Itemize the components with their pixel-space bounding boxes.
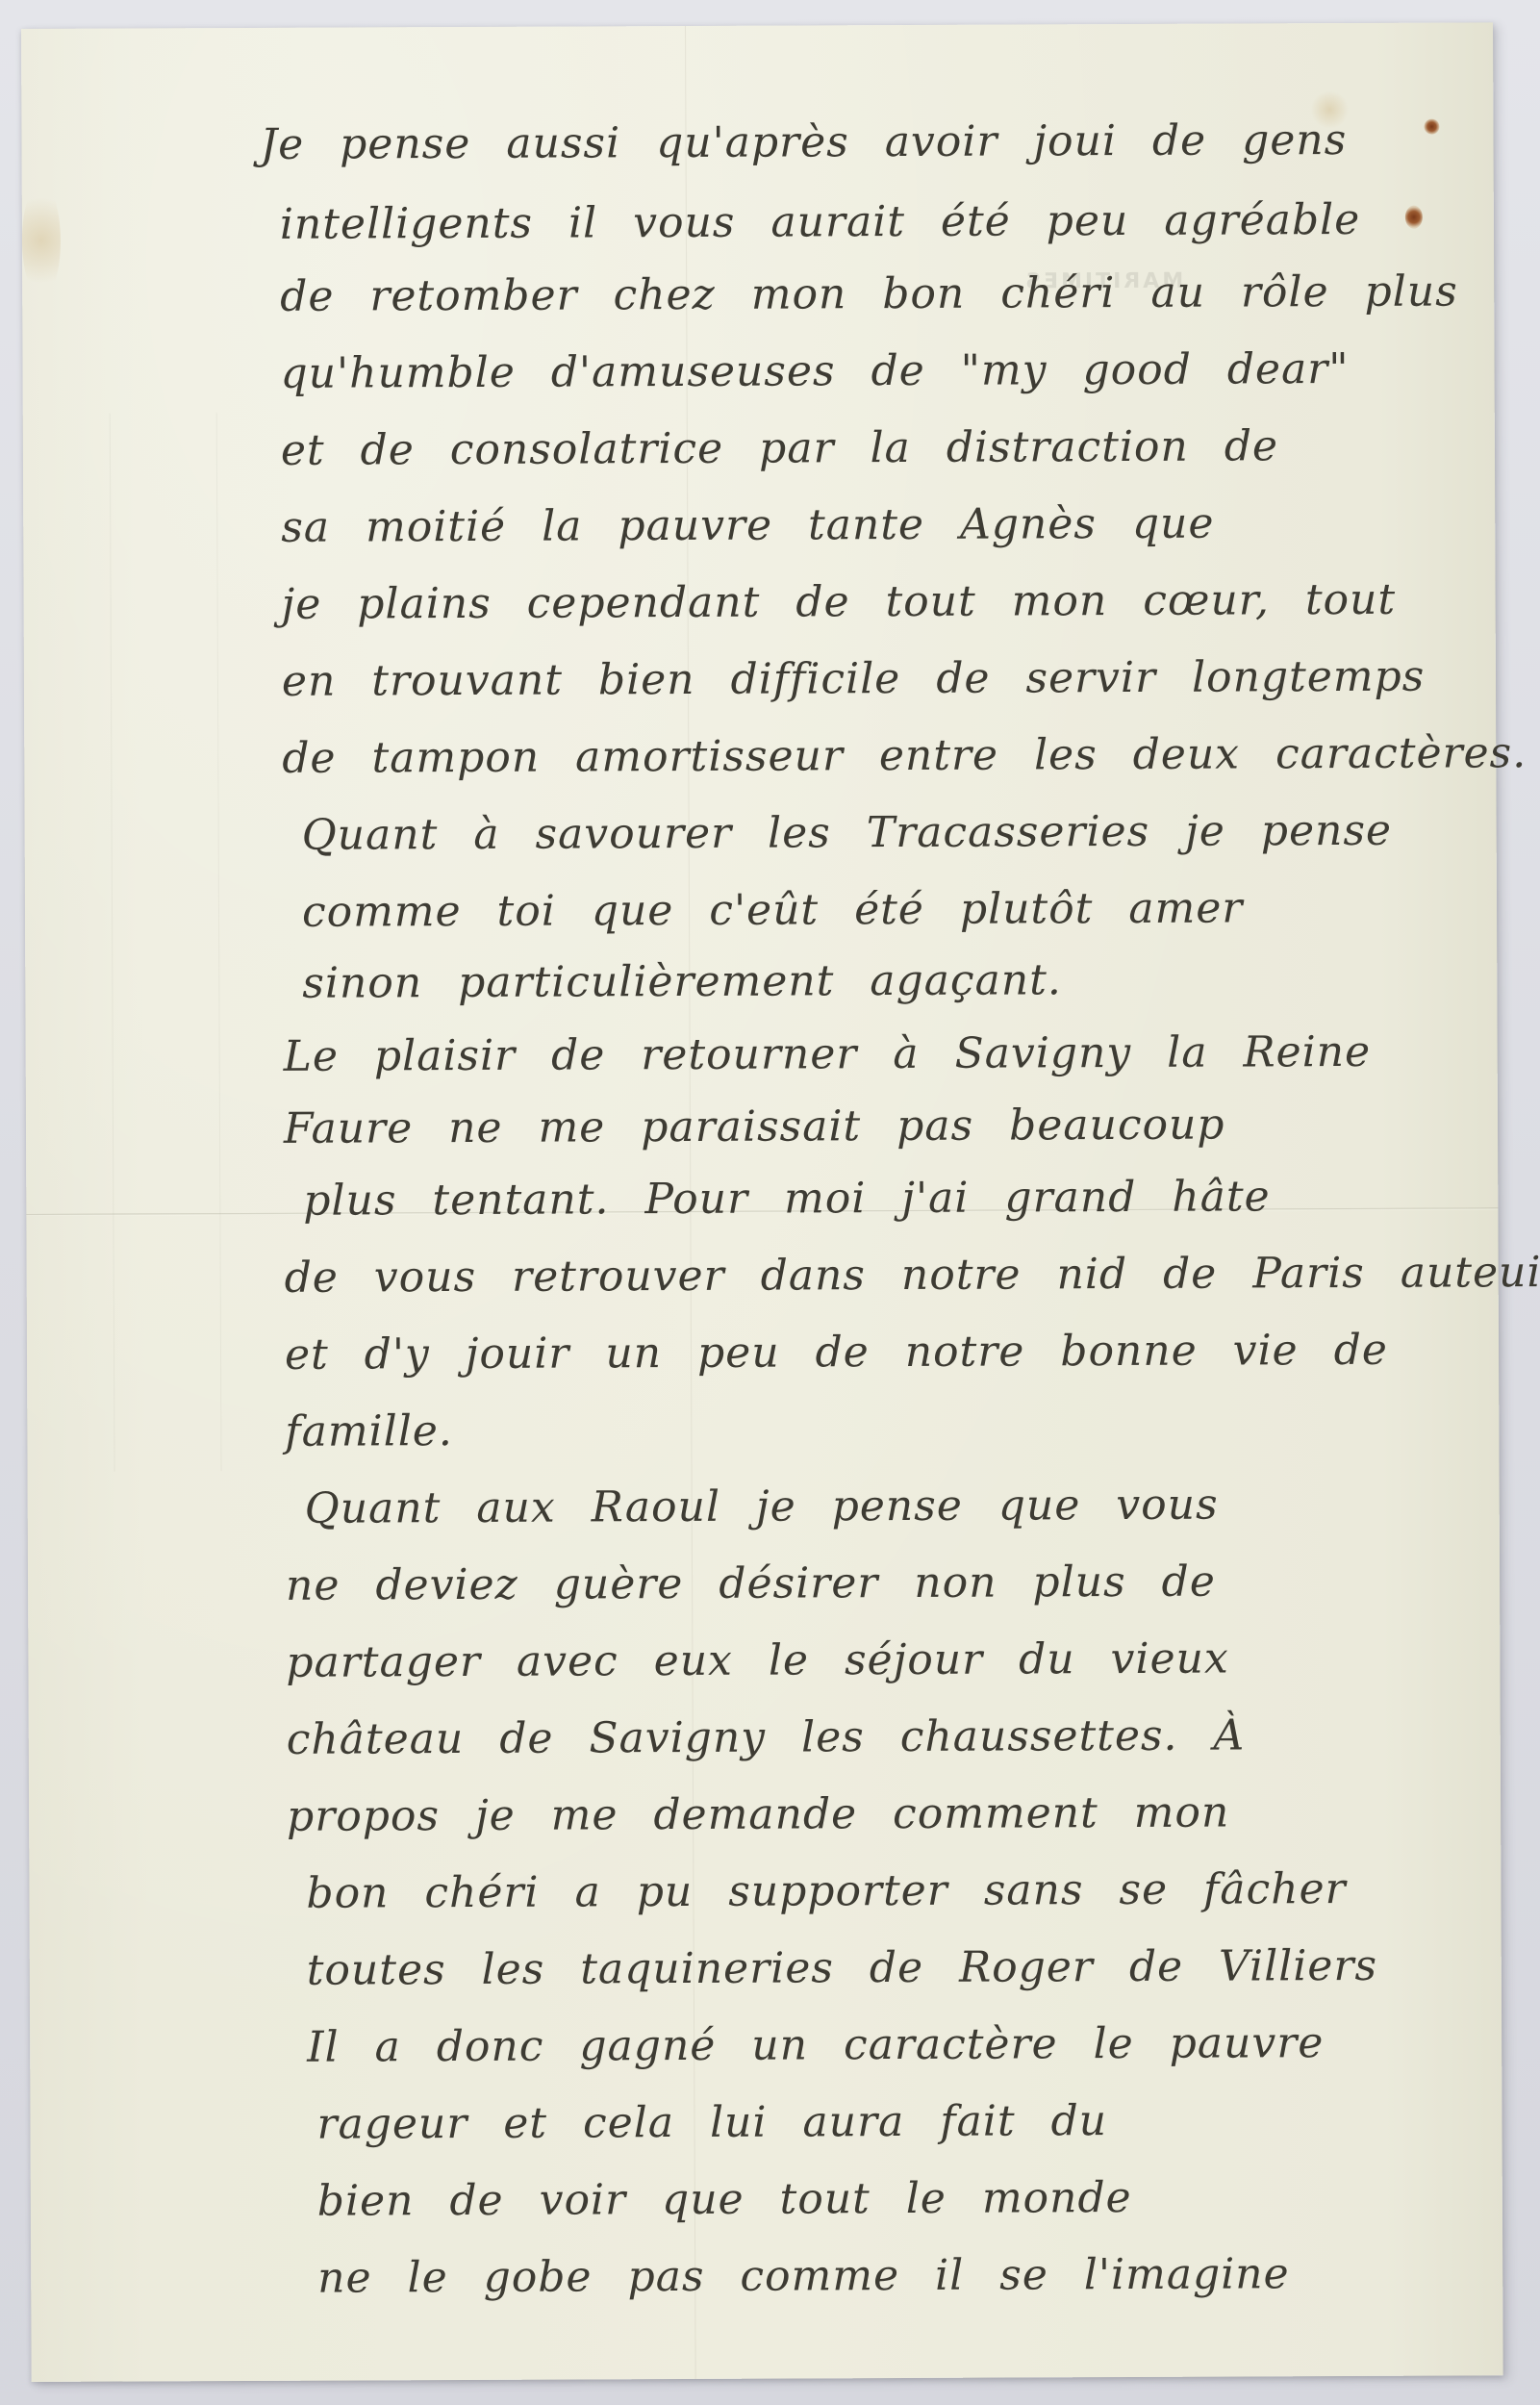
text-line-6: sa moitié la pauvre tante Agnès que	[281, 503, 1214, 549]
text-line-14: Faure ne me paraissait pas beaucoup	[284, 1104, 1225, 1151]
text-line-3: de retomber chez mon bon chéri au rôle p…	[280, 270, 1458, 317]
text-line-23: propos je me demande comment mon	[287, 1792, 1229, 1838]
text-line-1: Je pense aussi qu'après avoir joui de ge…	[260, 119, 1347, 166]
text-line-10: Quant à savourer les Tracasseries je pen…	[302, 810, 1393, 857]
letter-page: MARITIMES Je pense aussi qu'après avoir …	[21, 22, 1503, 2382]
text-line-19: Quant aux Raoul je pense que vous	[305, 1484, 1219, 1531]
rust-spot	[1405, 206, 1423, 229]
text-line-21: partager avec eux le séjour du vieux	[286, 1638, 1229, 1684]
text-line-20: ne deviez guère désirer non plus de	[286, 1561, 1216, 1608]
text-line-29: ne le gobe pas comme il se l'imagine	[317, 2253, 1290, 2299]
text-line-11: comme toi que c'eût été plutôt amer	[302, 887, 1244, 933]
text-line-17: et d'y jouir un peu de notre bonne vie d…	[285, 1329, 1388, 1377]
text-line-16: de vous retrouver dans notre nid de Pari…	[285, 1252, 1540, 1300]
text-line-2: intelligents il vous aurait été peu agré…	[280, 199, 1361, 246]
text-line-7: je plains cependant de tout mon cœur, to…	[282, 579, 1397, 626]
text-line-13: Le plaisir de retourner à Savigny la Rei…	[284, 1031, 1372, 1078]
text-line-24: bon chéri a pu supporter sans se fâcher	[306, 1868, 1346, 1915]
text-line-28: bien de voir que tout le monde	[317, 2177, 1132, 2223]
text-line-9: de tampon amortisseur entre les deux car…	[282, 732, 1527, 780]
text-line-4: qu'humble d'amuseuses de "my good dear"	[280, 348, 1349, 395]
text-line-5: et de consolatrice par la distraction de	[281, 425, 1278, 472]
rust-spot	[1424, 119, 1439, 135]
text-line-12: sinon particulièrement agaçant.	[302, 959, 1062, 1004]
text-line-26: Il a donc gagné un caractère le pauvre	[307, 2022, 1324, 2069]
reverse-side-show-through	[110, 413, 222, 1471]
text-line-8: en trouvant bien difficile de servir lon…	[282, 656, 1426, 703]
text-line-18: famille.	[285, 1410, 453, 1454]
text-line-22: château de Savigny les chaussettes. À	[287, 1714, 1246, 1760]
text-line-25: toutes les taquineries de Roger de Villi…	[307, 1945, 1377, 1992]
text-line-27: rageur et cela lui aura fait du	[316, 2100, 1107, 2146]
foxing-stain	[22, 183, 62, 298]
text-line-15: plus tentant. Pour moi j'ai grand hâte	[303, 1176, 1270, 1222]
